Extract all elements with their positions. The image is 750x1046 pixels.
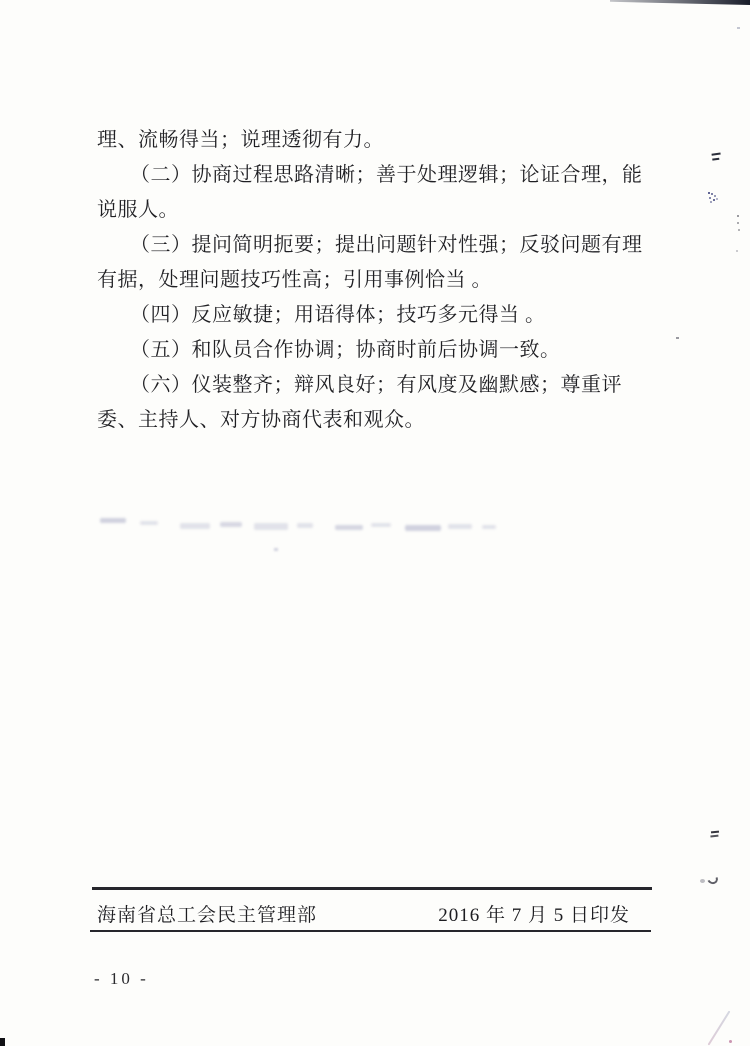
body-line: （五）和队员合作协调；协商时前后协调一致。	[97, 333, 657, 368]
page-number: - 10 -	[94, 969, 149, 989]
document-body: 理、流畅得当；说理透彻有力。 （二）协商过程思路清晰；善于处理逻辑；论证合理，能…	[97, 123, 657, 438]
scan-speck	[700, 879, 705, 883]
bleed-through-dot	[274, 548, 278, 551]
body-line: 说服人。	[97, 193, 657, 228]
scanned-document-page: 理、流畅得当；说理透彻有力。 （二）协商过程思路清晰；善于处理逻辑；论证合理，能…	[0, 0, 750, 1046]
scan-speck	[737, 215, 739, 217]
footer: 海南省总工会民主管理部 2016 年 7 月 5 日印发	[97, 900, 630, 926]
body-line: 委、主持人、对方协商代表和观众。	[97, 403, 657, 438]
body-line: （三）提问简明扼要；提出问题针对性强；反驳问题有理	[97, 228, 657, 263]
scan-speck	[706, 872, 720, 885]
scan-edge-artifact	[610, 0, 750, 5]
scan-scratch-artifact	[708, 1011, 731, 1046]
body-line: （二）协商过程思路清晰；善于处理逻辑；论证合理，能	[97, 158, 657, 193]
body-line: （六）仪装整齐；辩风良好；有风度及幽默感；尊重评	[97, 368, 657, 403]
scan-speck	[708, 192, 710, 194]
scan-corner-artifact	[0, 1038, 5, 1046]
scan-speck	[711, 831, 719, 834]
body-line: （四）反应敏捷；用语得体；技巧多元得当 。	[97, 298, 657, 333]
body-line: 有据，处理问题技巧性高；引用事例恰当 。	[97, 263, 657, 298]
scan-speck	[711, 152, 722, 161]
scan-speck	[736, 250, 738, 252]
scan-speck	[676, 337, 679, 339]
scan-speck	[729, 1040, 732, 1043]
body-line: 理、流畅得当；说理透彻有力。	[97, 123, 657, 158]
scan-speck	[737, 27, 740, 29]
footer-rule-bottom	[90, 930, 651, 932]
bleed-through-smudge	[100, 515, 500, 541]
footer-rule-top	[92, 887, 652, 890]
footer-issuer: 海南省总工会民主管理部	[97, 900, 317, 927]
footer-print-date: 2016 年 7 月 5 日印发	[438, 900, 630, 927]
